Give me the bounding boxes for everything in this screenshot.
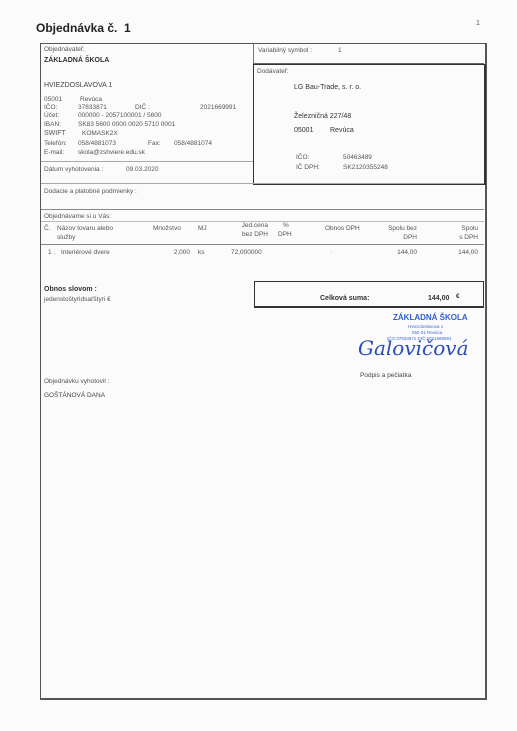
col-vat: % <box>283 222 289 229</box>
total-label: Celková suma: <box>320 295 369 302</box>
title-text: Objednávka č. <box>36 21 117 35</box>
customer-ico-label: IČO: <box>44 104 57 111</box>
col-total-net: Spolu bez <box>375 225 417 232</box>
row-total-net: 144,00 <box>375 249 417 256</box>
issue-date-value: 09.03.2020 <box>126 166 159 173</box>
variable-symbol-value: 1 <box>338 47 342 54</box>
divider <box>41 244 484 245</box>
customer-phone: 058/4881073 <box>78 140 116 147</box>
stamp-line2: 050 01 Revúca <box>412 330 442 335</box>
col-total-gross-2: s DPH <box>440 234 478 241</box>
supplier-ico: 50463489 <box>343 154 372 161</box>
row-total-gross: 144,00 <box>440 249 478 256</box>
supplier-label: Dodávateľ: <box>257 68 289 75</box>
signature: Galovičová <box>358 336 469 360</box>
customer-label: Objednávateľ: <box>44 46 85 53</box>
customer-account-label: Účet: <box>44 112 59 119</box>
total-value: 144,00 <box>428 295 449 302</box>
col-price: Jed.cena <box>230 222 268 229</box>
order-intro: Objednávame si u Vás: <box>44 213 111 220</box>
supplier-name: LG Bau-Trade, s. r. o. <box>294 84 361 91</box>
total-currency: € <box>456 293 460 300</box>
supplier-icdph-label: IČ DPH: <box>296 164 320 171</box>
variable-symbol-label: Variabilný symbol : <box>258 47 312 54</box>
customer-street: HVIEZDOSLAVOVA 1 <box>44 82 112 89</box>
customer-swift: KOMASK2X <box>82 130 118 137</box>
divider <box>41 209 484 210</box>
customer-account: 000000 - 2057100001 / 5600 <box>78 112 162 119</box>
supplier-icdph: SK2120355248 <box>343 164 388 171</box>
amount-words-value: jedenstoštyridsaťštyri € <box>44 296 111 303</box>
customer-zip: 05001 <box>44 96 62 103</box>
signature-caption: Podpis a pečiatka <box>360 372 411 379</box>
row-unit: ks <box>198 249 205 256</box>
row-vat-amount: - <box>330 249 332 256</box>
terms-label: Dodacie a platobné podmienky : <box>44 188 137 195</box>
divider <box>41 161 253 162</box>
supplier-ico-label: IČO: <box>296 154 309 161</box>
customer-ico: 37833871 <box>78 104 107 111</box>
customer-phone-label: Telefón: <box>44 140 67 147</box>
col-vat-2: DPH <box>278 231 292 238</box>
customer-swift-label: SWIFT <box>44 130 66 137</box>
row-no: 1 . <box>48 249 55 256</box>
issue-date-label: Dátum vyhotovenia : <box>44 166 103 173</box>
col-unit: MJ <box>198 225 207 232</box>
document-title: Objednávka č. 1 <box>36 21 131 35</box>
customer-iban: SK83 5600 0000 0020 5710 0001 <box>78 121 175 128</box>
col-name: Názov tovaru alebo <box>57 225 113 232</box>
row-unit-price: 72,000000 <box>231 249 262 256</box>
customer-dic-label: DIČ : <box>135 104 150 111</box>
stamp-line1: Hviezdoslavova 1 <box>408 324 443 329</box>
row-qty: 2,000 <box>160 249 190 256</box>
col-qty: Množstvo <box>153 225 181 232</box>
stamp-name: ZÁKLADNÁ ŠKOLA <box>393 313 468 322</box>
customer-email-label: E-mail: <box>44 149 64 156</box>
col-vat-amount: Obnos DPH <box>325 225 360 232</box>
col-total-net-2: DPH <box>375 234 417 241</box>
customer-name: ZÁKLADNÁ ŠKOLA <box>44 57 109 64</box>
customer-fax: 058/4881074 <box>174 140 212 147</box>
order-number: 1 <box>124 21 131 35</box>
prepared-by-label: Objednávku vyhotovil : <box>44 378 109 385</box>
col-total-gross: Spolu <box>440 225 478 232</box>
row-name: Interiérové dvere <box>61 249 110 256</box>
col-name-2: služby <box>57 234 75 241</box>
col-no: Č. <box>44 225 51 232</box>
divider <box>253 43 254 64</box>
customer-fax-label: Fax: <box>148 140 161 147</box>
prepared-by-name: GOŠTÁNOVÁ DANA <box>44 392 105 399</box>
supplier-zip: 05001 <box>294 127 313 134</box>
supplier-street: Železničná 227/48 <box>294 113 351 120</box>
supplier-city: Revúca <box>330 127 354 134</box>
customer-city: Revúca <box>80 96 102 103</box>
col-price-2: bez DPH <box>230 231 268 238</box>
amount-words-label: Obnos slovom : <box>44 286 97 293</box>
customer-iban-label: IBAN: <box>44 121 61 128</box>
divider <box>41 183 484 184</box>
customer-dic: 2021669991 <box>200 104 236 111</box>
customer-email: skola@zshviere.edu.sk <box>78 149 145 156</box>
page-number: 1 <box>476 20 480 27</box>
